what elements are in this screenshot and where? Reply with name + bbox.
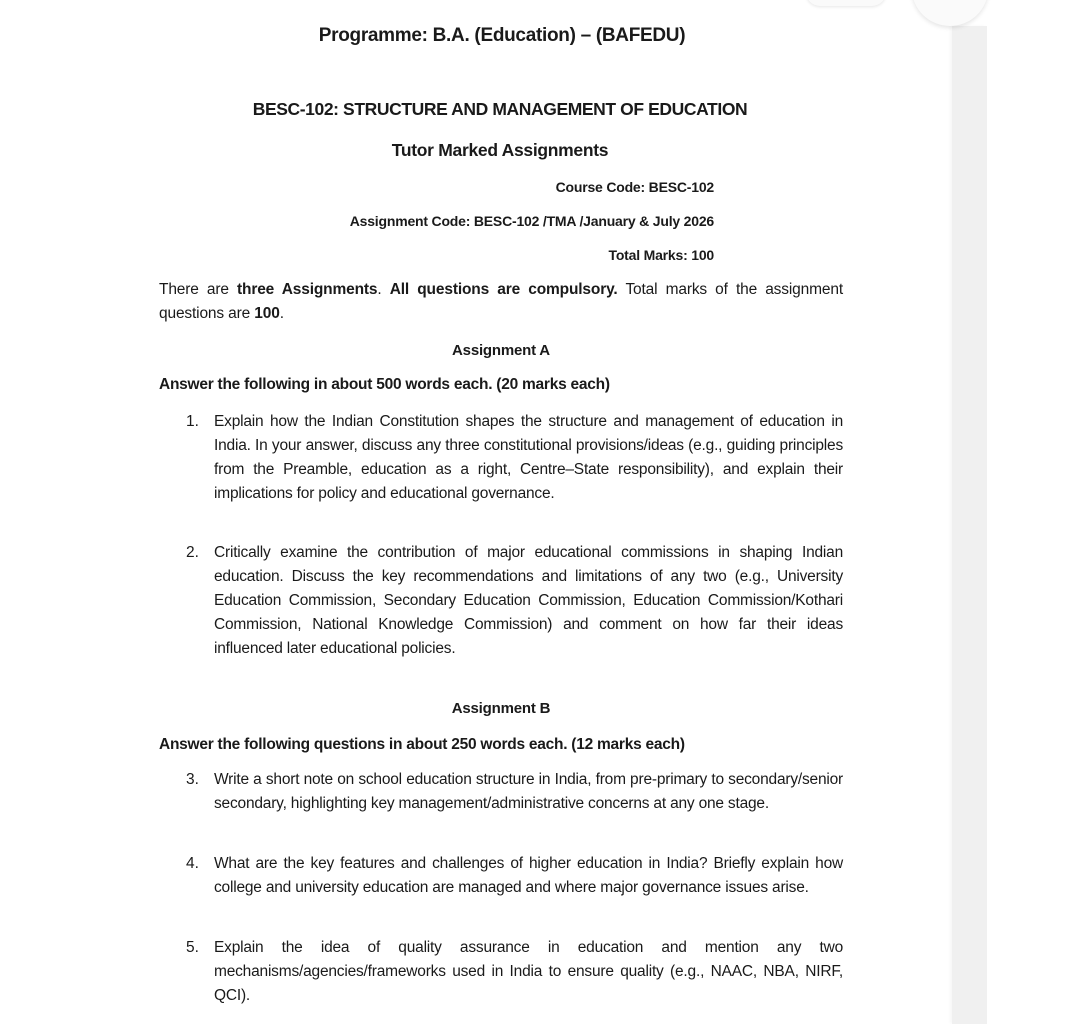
section-instruction-assignment-a: Answer the following in about 500 words … bbox=[159, 373, 610, 397]
question-text: Critically examine the contribution of m… bbox=[214, 541, 843, 661]
intro-bold-compulsory: All questions are compulsory. bbox=[390, 281, 618, 298]
intro-paragraph: There are three Assignments. All questio… bbox=[159, 278, 843, 326]
total-marks: Total Marks: 100 bbox=[609, 243, 714, 267]
intro-text: . bbox=[280, 305, 284, 322]
intro-text: There are bbox=[159, 281, 237, 298]
question-text: Write a short note on school education s… bbox=[214, 768, 843, 816]
course-title: BESC-102: STRUCTURE AND MANAGEMENT OF ED… bbox=[0, 97, 1000, 121]
question-number: 1. bbox=[186, 410, 199, 434]
intro-bold-marks: 100 bbox=[254, 305, 279, 322]
question-number: 3. bbox=[186, 768, 199, 792]
course-code: Course Code: BESC-102 bbox=[556, 175, 714, 199]
assignment-code: Assignment Code: BESC-102 /TMA /January … bbox=[350, 209, 714, 233]
intro-bold-assignments: three Assignments bbox=[237, 281, 377, 298]
question-text: Explain the idea of quality assurance in… bbox=[214, 936, 843, 1008]
section-heading-assignment-a: Assignment A bbox=[0, 339, 1002, 363]
question-text: What are the key features and challenges… bbox=[214, 852, 843, 900]
section-instruction-assignment-b: Answer the following questions in about … bbox=[159, 733, 685, 757]
section-heading-assignment-b: Assignment B bbox=[0, 697, 1002, 721]
document-page: Programme: B.A. (Education) – (BAFEDU) B… bbox=[0, 0, 952, 1024]
scrollbar-track[interactable] bbox=[952, 26, 987, 1024]
floating-pill-button[interactable] bbox=[806, 0, 886, 6]
right-margin bbox=[987, 0, 1080, 1024]
question-text: Explain how the Indian Constitution shap… bbox=[214, 410, 843, 506]
question-number: 4. bbox=[186, 852, 199, 876]
question-number: 2. bbox=[186, 541, 199, 565]
tma-title: Tutor Marked Assignments bbox=[0, 138, 1000, 162]
programme-title: Programme: B.A. (Education) – (BAFEDU) bbox=[0, 24, 1004, 48]
question-number: 5. bbox=[186, 936, 199, 960]
intro-text: . bbox=[377, 281, 389, 298]
